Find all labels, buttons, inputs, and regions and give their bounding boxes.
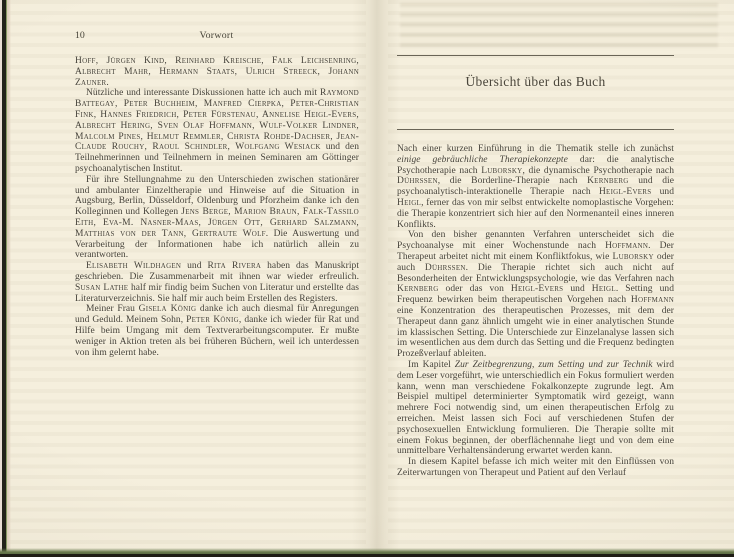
paragraph: Für ihre Stellungnahme zu den Unterschie…: [75, 175, 359, 261]
name-smallcaps: Hoff, Jürgen Kind, Reinhard Kreische, Fa…: [75, 56, 359, 88]
name-smallcaps: Heigl-Evers: [599, 187, 651, 197]
left-page-text: Hoff, Jürgen Kind, Reinhard Kreische, Fa…: [75, 56, 359, 358]
name-smallcaps: Heigl: [592, 284, 616, 294]
text-run: und: [181, 261, 207, 271]
paragraph: In diesem Kapitel befasse ich mich weite…: [397, 457, 674, 479]
text-run: , ferner das von mir selbst entwickelte …: [397, 198, 674, 230]
paragraph: Nützliche und interessante Diskussionen …: [75, 88, 359, 174]
name-smallcaps: Hoffmann: [605, 241, 648, 251]
text-run: Im Kapitel: [408, 360, 455, 370]
name-smallcaps: Dührssen: [397, 176, 438, 186]
name-smallcaps: Heigl: [397, 198, 421, 208]
text-run: Nach einer kurzen Einführung in die Them…: [397, 144, 674, 154]
text-run: In diesem Kapitel befasse ich mich weite…: [397, 457, 674, 478]
name-smallcaps: Kernberg: [397, 284, 439, 294]
page-left: 10 Vorwort Hoff, Jürgen Kind, Reinhard K…: [6, 0, 366, 557]
name-smallcaps: Luborsky: [481, 166, 522, 176]
right-page-text: Nach einer kurzen Einführung in die Them…: [397, 144, 674, 479]
running-header: Vorwort: [75, 30, 358, 41]
text-run: und: [651, 187, 674, 197]
name-smallcaps: Luborsky: [613, 252, 654, 262]
name-smallcaps: Rita Rivera: [207, 261, 261, 271]
chapter-heading: Übersicht über das Buch: [397, 74, 674, 90]
text-run: Meiner Frau: [86, 304, 139, 314]
italic-text: einige gebräuchliche Therapiekonzepte: [397, 155, 568, 165]
name-smallcaps: Dührssen: [425, 263, 466, 273]
name-smallcaps: Kernberg: [587, 176, 629, 186]
bleed-through-texture-top: [400, 3, 718, 49]
text-run: , die dynamische Psychotherapie nach: [522, 166, 674, 176]
paragraph: Nach einer kurzen Einführung in die Them…: [397, 144, 674, 230]
name-smallcaps: Elisabeth Wildhagen: [86, 261, 181, 271]
text-run: eine Konzentration des therapeutischen P…: [397, 306, 674, 359]
text-run: , die Borderline-Therapie nach: [438, 176, 587, 186]
paragraph: Von den bisher genannten Verfahren unter…: [397, 230, 674, 360]
book-scan: 10 Vorwort Hoff, Jürgen Kind, Reinhard K…: [0, 0, 734, 557]
text-run: Nützliche und interessante Diskussionen …: [86, 88, 320, 98]
paragraph: Elisabeth Wildhagen und Rita Rivera habe…: [75, 261, 359, 304]
name-smallcaps: Susan Lathe: [75, 283, 128, 293]
page-header: 10 Vorwort: [75, 30, 358, 44]
scan-edge-bottom: [0, 548, 734, 557]
name-smallcaps: Hoffmann: [631, 295, 674, 305]
heading-rule-top: [397, 55, 674, 56]
name-smallcaps: Gisela König: [139, 304, 197, 314]
text-run: und: [563, 284, 591, 294]
page-right: Übersicht über das Buch Nach einer kurze…: [388, 0, 734, 557]
paragraph: Im Kapitel Zur Zeitbegrenzung, zum Setti…: [397, 360, 674, 457]
italic-text: Zur Zeitbegrenzung, zum Setting und zur …: [455, 360, 653, 370]
name-smallcaps: Heigl-Evers: [511, 284, 563, 294]
text-run: oder das von: [439, 284, 511, 294]
heading-rule-bottom: [397, 129, 674, 130]
name-smallcaps: Peter König: [186, 315, 239, 325]
paragraph: Hoff, Jürgen Kind, Reinhard Kreische, Fa…: [75, 56, 359, 88]
paragraph: Meiner Frau Gisela König danke ich auch …: [75, 304, 359, 358]
scan-edge-left: [0, 0, 11, 557]
text-run: wird dem Leser vorgeführt, wie unterschi…: [397, 360, 674, 456]
